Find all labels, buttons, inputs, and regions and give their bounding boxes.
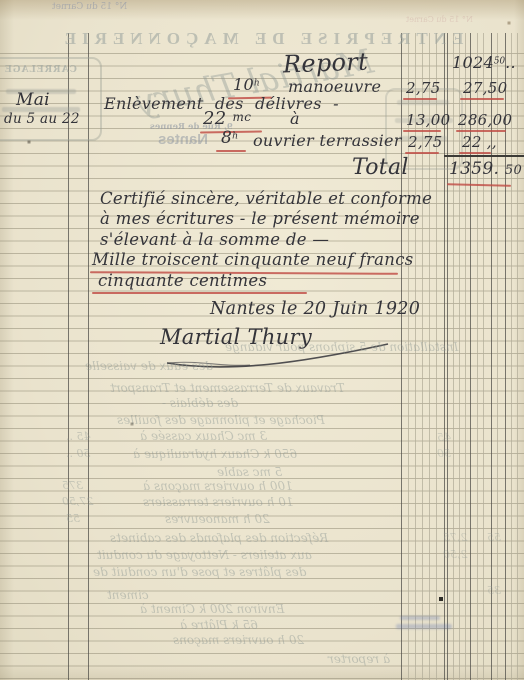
row3-total: 286,00	[458, 111, 512, 129]
bleedthrough-line: aux ateliers - Nettoyage du conduit	[97, 548, 312, 562]
bleedthrough-line: à reporter	[328, 652, 390, 666]
bleedthrough-smudge	[397, 100, 449, 105]
vertical-rule-light	[517, 33, 518, 680]
row2-date: Mai	[16, 90, 50, 110]
row3-qty: 22 mc	[203, 108, 251, 129]
bleedthrough-line: des déblais -	[162, 396, 238, 410]
bleedthrough-line: Environ 200 k Ciment à	[140, 602, 284, 616]
report-amount-trail: ..	[505, 53, 516, 72]
row4-qty-value: 8	[221, 128, 232, 148]
bleedthrough-number: 2,75	[443, 531, 468, 544]
bleedthrough-line: 20 h manoeuvres	[165, 512, 270, 526]
red-underline	[403, 130, 441, 132]
bleedthrough-number: 50 ..	[66, 447, 91, 460]
row3-qty-value: 22	[203, 108, 227, 129]
bleedthrough-line: 3 mc Chaux cassée à	[140, 429, 267, 443]
row1-qty-value: 10	[233, 75, 254, 94]
red-underline	[92, 292, 307, 294]
bleedthrough-number: 2,50	[443, 548, 468, 561]
bleedthrough-line: 5 mc sable	[217, 465, 282, 479]
total-amount-cents: 50	[505, 163, 522, 178]
red-underline	[405, 152, 439, 154]
bleedthrough-left-box-label: CARRELAGE	[4, 65, 77, 75]
bleedthrough-number: 55	[66, 512, 80, 525]
total-label: Total	[352, 155, 409, 180]
certification-line2: à mes écritures - le présent mémoire	[100, 209, 420, 228]
red-underline	[456, 130, 506, 132]
bleedthrough-line: Réfection des plafonds des cabinets	[110, 531, 328, 545]
signature: Martial Thury	[160, 325, 312, 349]
bleedthrough-line: 20 h ouvriers maçons	[173, 633, 304, 647]
row3-date: du 5 au 22	[4, 111, 80, 127]
bleedthrough-city: Nantes	[158, 131, 208, 148]
ledger-memo-page: N° 15 du Carnet N° 15 du Carnet ENTREPRI…	[0, 0, 524, 680]
bleedthrough-number: 55	[487, 531, 501, 544]
row4-qty: 8h	[221, 128, 238, 148]
total-rule	[444, 155, 524, 157]
bleedthrough-number: 375	[62, 479, 83, 492]
report-amount-sup: 50	[494, 57, 505, 67]
red-underline	[216, 150, 246, 152]
certification-line5: cinquante centimes	[98, 271, 267, 290]
row4-desc: ouvrier terrassier	[253, 131, 402, 150]
stamp-bleedthrough	[400, 616, 440, 620]
bleedthrough-line: ciment	[107, 588, 149, 602]
certification-line3: s'élevant à la somme de —	[100, 230, 329, 249]
row3-unit: mc	[233, 110, 252, 124]
red-underline	[447, 183, 511, 186]
red-underline	[460, 98, 504, 100]
dateline: Nantes le 20 Juin 1920	[210, 299, 420, 319]
certification-line1: Certifié sincère, véritable et conforme	[100, 189, 432, 208]
report-amount: 102450..	[452, 53, 516, 72]
row3-price: 13,00	[406, 111, 450, 129]
red-underline	[403, 98, 437, 100]
bleedthrough-number: 27,50	[62, 495, 94, 508]
row1-total: 27,50	[463, 79, 507, 97]
total-amount-main: 1359.	[449, 159, 499, 179]
row3-desc: à	[290, 109, 300, 128]
bleedthrough-line: 650 k Chaux hydraulique à	[133, 447, 297, 461]
bleedthrough-line: Piochage et pilonnage des fouilles	[117, 413, 325, 427]
report-label: Report	[283, 48, 369, 79]
vertical-rule-light	[511, 33, 512, 680]
row4-unit: h	[232, 130, 238, 141]
stamp-bleedthrough	[396, 624, 452, 629]
bleedthrough-line: 10 h ouvriers terrassiers	[143, 495, 293, 509]
bleedthrough-letterhead-title: ENTREPRISE DE MAÇONNERIE	[8, 29, 514, 49]
row4-total: 22 ,,	[462, 133, 497, 151]
bleedthrough-carnet-note: N° 15 du Carnet	[52, 2, 127, 12]
certification-line4: Mille troiscent cinquante neuf francs	[92, 250, 414, 269]
paper-specks	[0, 0, 2, 2]
report-amount-main: 1024	[452, 53, 494, 72]
bleedthrough-number: 45	[437, 431, 451, 444]
bleedthrough-line: 65 k Plâtre à	[180, 618, 258, 632]
row1-qty: 10h	[233, 75, 260, 94]
red-underline	[459, 152, 491, 154]
bleedthrough-number: 50	[437, 447, 451, 460]
bleedthrough-corner-note: N° 15 du Carnet	[406, 15, 473, 24]
bleedthrough-line: des eaux de vaisselle	[85, 359, 213, 373]
bleedthrough-number: 35	[487, 584, 501, 597]
bleedthrough-line: Travaux de Terrassement et Transport	[110, 381, 345, 395]
bleedthrough-line: 100 h ouvriers maçons à	[143, 479, 293, 493]
bleedthrough-number: 45 ..	[66, 430, 91, 443]
row1-unit: h	[254, 79, 260, 89]
row1-price: 2,75	[406, 79, 441, 97]
total-amount: 1359. 50	[449, 159, 522, 179]
bleedthrough-line: des plâtres et pose d'un conduit de	[93, 565, 306, 579]
row4-price: 2,75	[408, 133, 443, 151]
